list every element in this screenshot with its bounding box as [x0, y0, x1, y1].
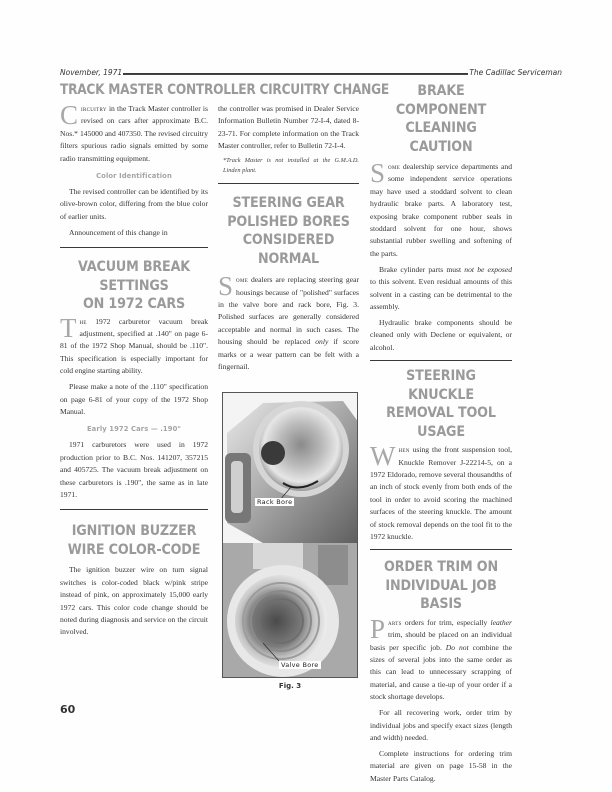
order-trim-para-1: Parts orders for trim, especially leathe…: [370, 617, 512, 704]
order-trim-para-2: For all recovering work, order trim by i…: [370, 707, 512, 744]
order-trim-para-3: Complete instructions for ordering trim …: [370, 748, 512, 785]
header-publication: The Cadillac Serviceman: [469, 68, 562, 77]
magazine-page: November, 1971 The Cadillac Serviceman T…: [0, 0, 612, 792]
track-master-para-1: Circuitry in the Track Master controller…: [60, 103, 208, 165]
color-identification-subhead: Color Identification: [60, 172, 208, 180]
vacuum-break-para-2: Please make a note of the .110" specific…: [60, 381, 208, 418]
rack-bore-label: Rack Bore: [255, 498, 294, 506]
steering-gear-housing-image: [223, 393, 358, 678]
vacuum-break-title: VACUUM BREAK SETTINGS ON 1972 CARS: [64, 258, 205, 314]
dropcap: S: [218, 275, 233, 297]
steering-knuckle-title: STEERING KNUCKLE REMOVAL TOOL USAGE: [373, 367, 509, 441]
divider: [370, 549, 512, 550]
column-3: BRAKE COMPONENT CLEANING CAUTION Some de…: [370, 82, 512, 789]
vacuum-break-para-3: 1971 carburetors were used in 1972 produ…: [60, 439, 208, 501]
track-master-title: TRACK MASTER CONTROLLER CIRCUITRY CHANGE: [60, 82, 317, 98]
valve-bore-label: Valve Bore: [279, 661, 321, 669]
header-rule: [123, 73, 468, 75]
ignition-buzzer-para-1: The ignition buzzer wire on turn signal …: [60, 564, 208, 638]
brake-component-title: BRAKE COMPONENT CLEANING CAUTION: [373, 82, 509, 156]
divider: [218, 183, 359, 184]
dropcap: T: [60, 317, 77, 339]
track-master-para-2: The revised controller can be identified…: [60, 186, 208, 223]
header-date: November, 1971: [60, 68, 122, 77]
brake-component-para-2: Brake cylinder parts must not be exposed…: [370, 264, 512, 314]
dropcap: C: [60, 104, 78, 126]
track-master-para-3-cont: the controller was promised in Dealer Se…: [218, 103, 359, 153]
early-1972-subhead: Early 1972 Cars — .190": [60, 425, 208, 433]
track-master-footnote: *Track Master is not installed at the G.…: [218, 156, 359, 175]
divider: [60, 247, 208, 248]
figure-caption: Fig. 3: [222, 682, 358, 690]
column-1: Circuitry in the Track Master controller…: [60, 103, 208, 642]
divider: [60, 509, 208, 510]
fig-3-photo-steering-gear-housing: Rack Bore Valve Bore: [222, 392, 358, 678]
brake-component-para-1: Some dealership service departments and …: [370, 161, 512, 260]
track-master-para-3-start: Announcement of this change in: [60, 227, 208, 239]
order-trim-title: ORDER TRIM ON INDIVIDUAL JOB BASIS: [373, 558, 509, 614]
vacuum-break-para-1: The 1972 carburetor vacuum break adjustm…: [60, 316, 208, 378]
divider: [370, 360, 512, 361]
brake-component-para-3: Hydraulic brake components should be cle…: [370, 317, 512, 354]
dropcap: P: [370, 618, 385, 640]
ignition-buzzer-title: IGNITION BUZZER WIRE COLOR-CODE: [64, 522, 205, 559]
column-2: the controller was promised in Dealer Se…: [218, 103, 359, 377]
dropcap: W: [370, 445, 395, 467]
dropcap: S: [370, 162, 385, 184]
steering-knuckle-para-1: When using the front suspension tool, Kn…: [370, 444, 512, 543]
page-number: 60: [60, 703, 75, 716]
running-header: November, 1971 The Cadillac Serviceman: [60, 63, 562, 77]
steering-gear-para-1: Some dealers are replacing steering gear…: [218, 274, 359, 373]
steering-gear-title: STEERING GEAR POLISHED BORES CONSIDERED …: [221, 194, 356, 268]
